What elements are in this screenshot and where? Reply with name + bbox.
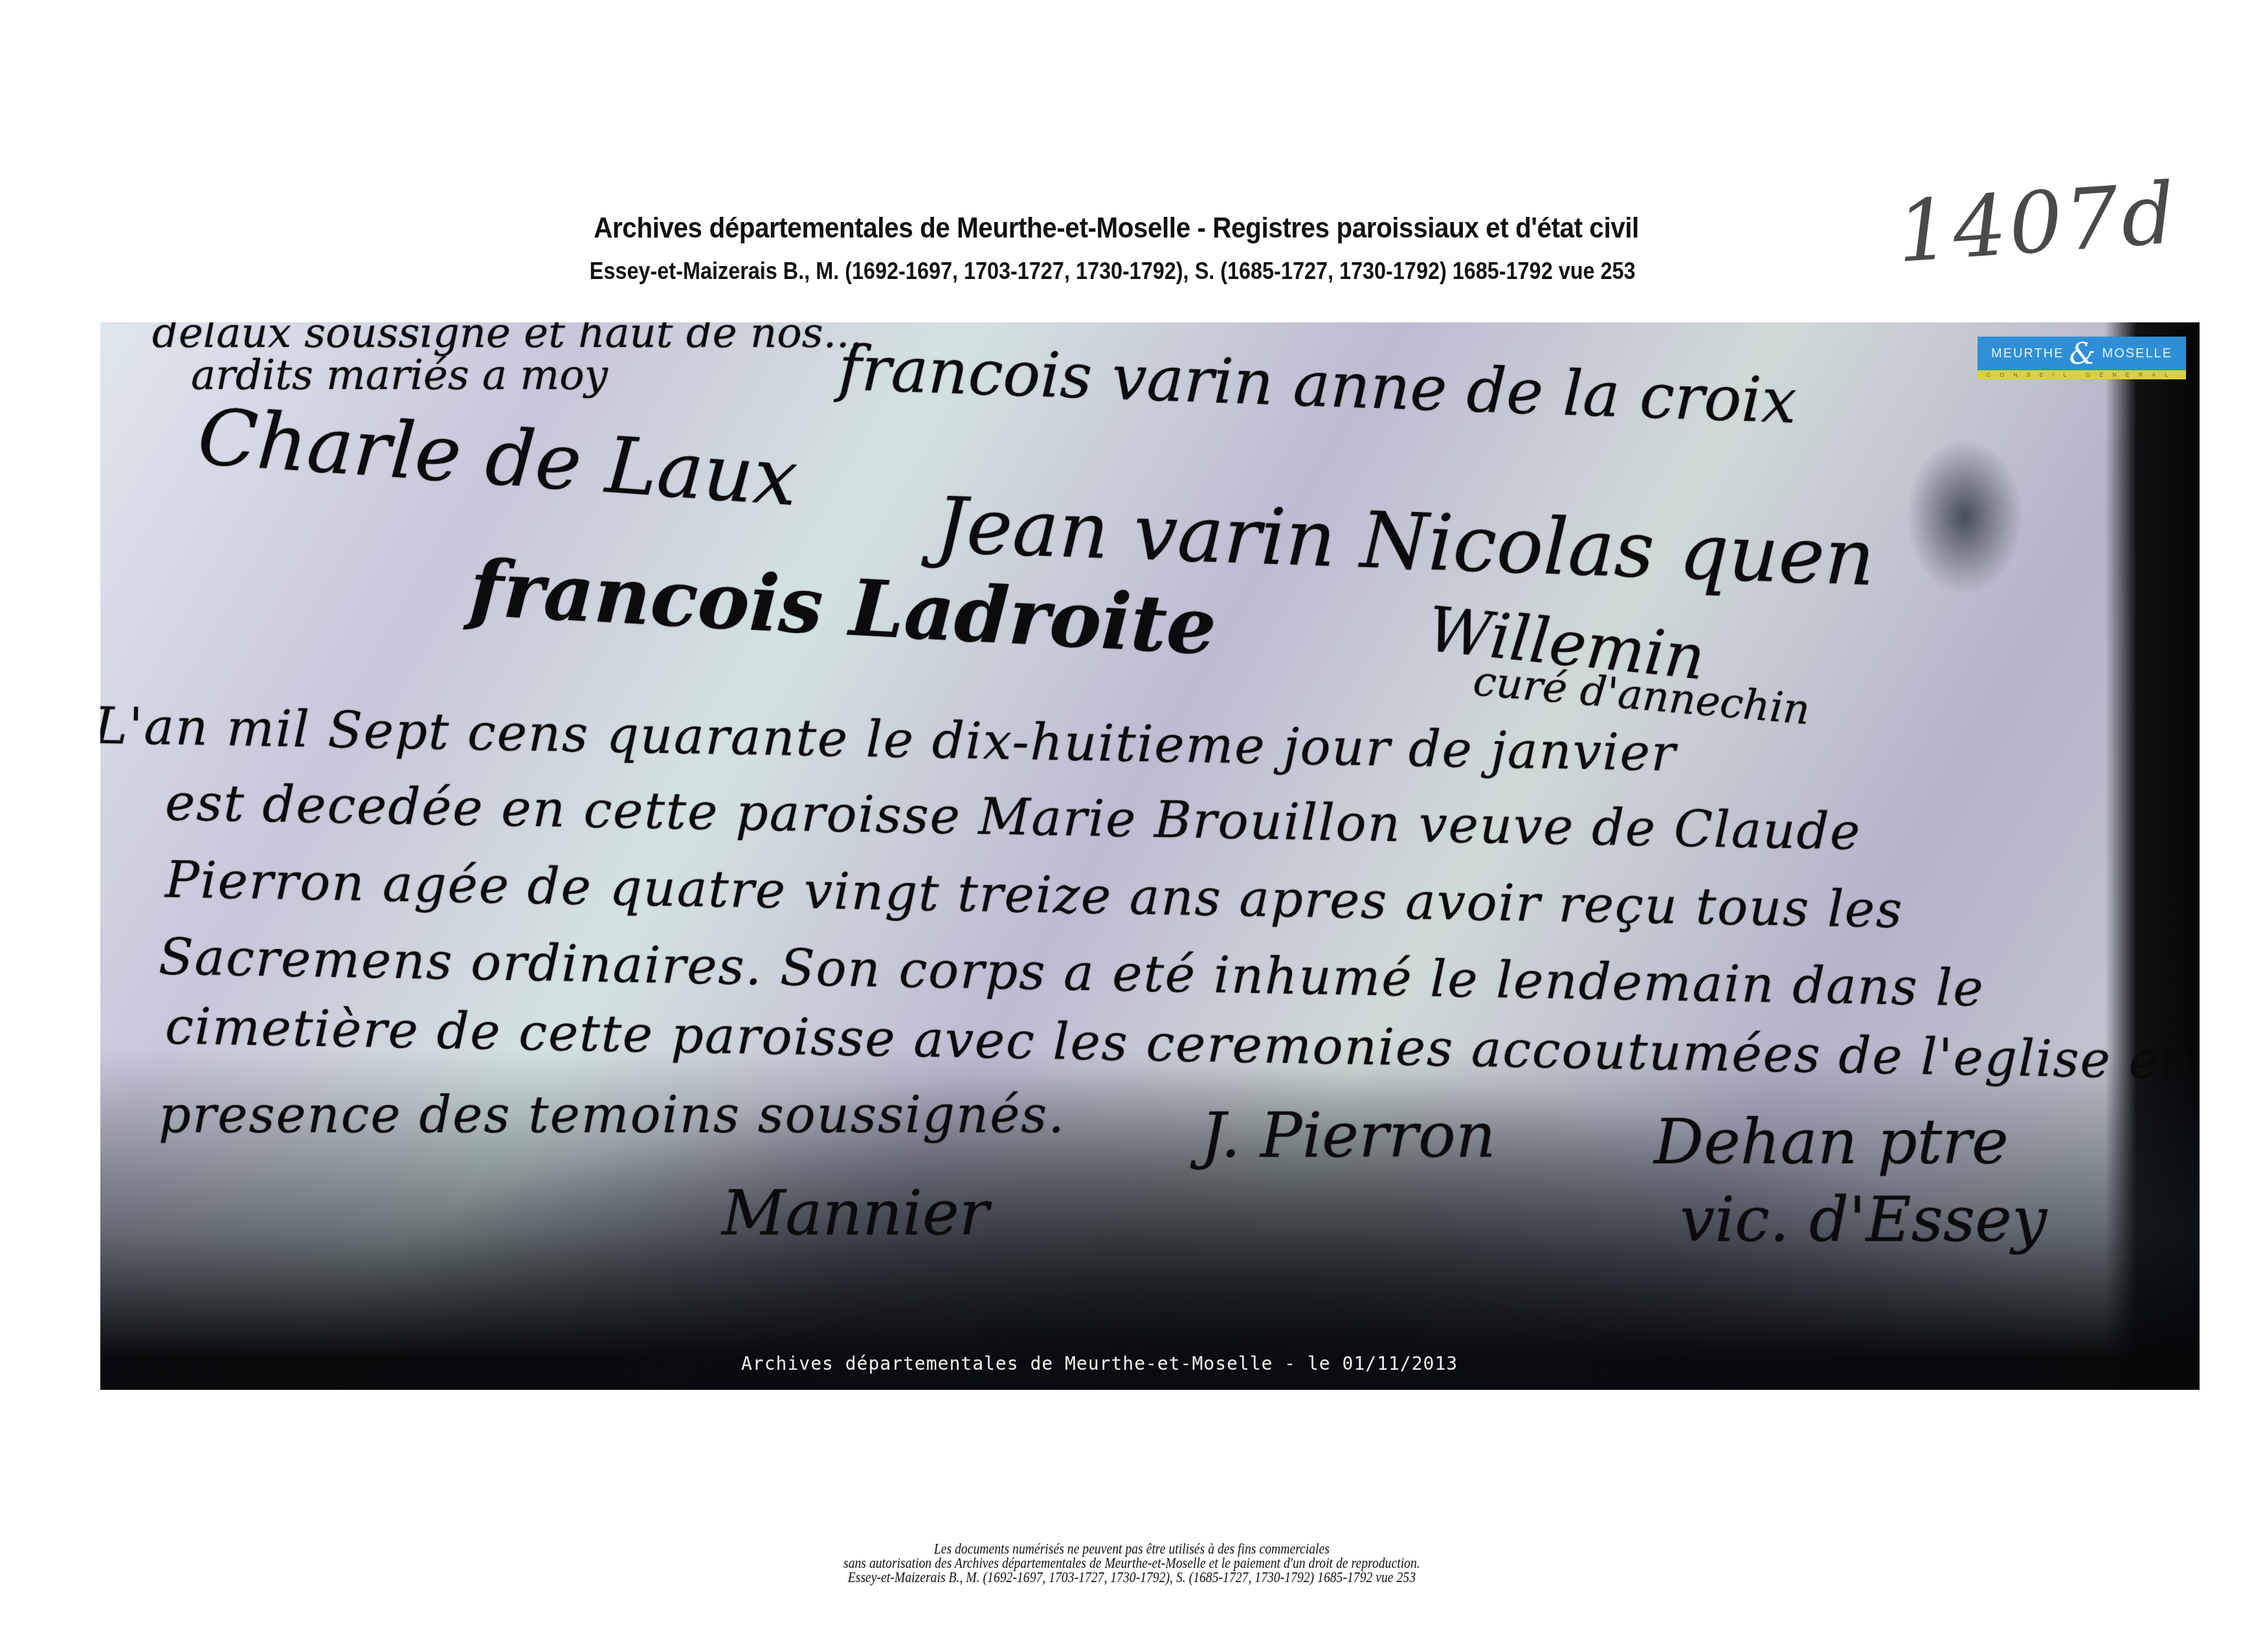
handwritten-catalog-number: 1407d [1893, 164, 2181, 282]
logo-text-right: MOSELLE [2102, 346, 2172, 361]
manuscript-line: L'an mil Sept cens quarante le dix-huiti… [100, 697, 1677, 783]
manuscript-line: est decedée en cette paroisse Marie Brou… [164, 774, 1862, 862]
logo-text-left: MEURTHE [1991, 346, 2064, 361]
manuscript-line: Pierron agée de quatre vingt treize ans … [164, 851, 1904, 940]
page-subtitle: Essey-et-Maizerais B., M. (1692-1697, 17… [95, 258, 2131, 285]
ampersand-icon: & [2069, 339, 2097, 368]
logo-tagline: CONSEIL GÉNÉRAL [1978, 370, 2186, 379]
manuscript-signature: Charle de Laux [195, 392, 800, 524]
register-scan: delaux soussigné et haut de nos... ardit… [100, 322, 2200, 1390]
manuscript-line: francois varin anne de la croix [837, 331, 1798, 438]
manuscript-signature: vic. d'Essey [1680, 1183, 2047, 1256]
usage-notice: Les documents numérisés ne peuvent pas ê… [204, 1542, 2060, 1585]
manuscript-signature: Dehan ptre [1654, 1106, 2009, 1178]
manuscript-signature: Mannier [722, 1177, 989, 1249]
manuscript-signature: J. Pierron [1201, 1099, 1496, 1172]
footer-line: Les documents numérisés ne peuvent pas ê… [204, 1542, 2060, 1556]
manuscript-line: ardits mariés a moy [191, 352, 608, 399]
footer-line: sans autorisation des Archives départeme… [204, 1556, 2060, 1570]
manuscript-line: presence des temoins soussignés. [159, 1086, 1065, 1144]
meurthe-et-moselle-logo: MEURTHE & MOSELLE CONSEIL GÉNÉRAL [1978, 337, 2186, 381]
page-title: Archives départementales de Meurthe-et-M… [75, 212, 2157, 245]
footer-line: Essey-et-Maizerais B., M. (1692-1697, 17… [204, 1570, 2060, 1585]
archive-watermark: Archives départementales de Meurthe-et-M… [741, 1353, 1458, 1374]
